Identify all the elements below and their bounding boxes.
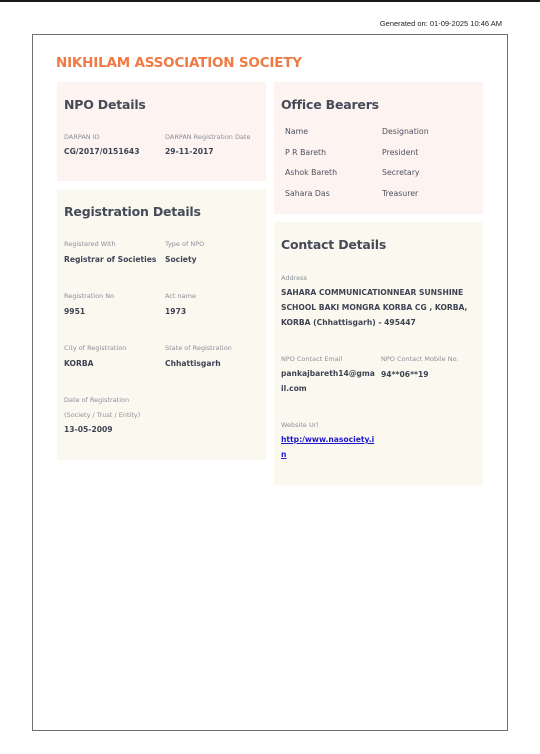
registered-with-value: Registrar of Societies [64, 255, 156, 264]
office-bearers-title: Office Bearers [281, 97, 379, 112]
registered-with-label: Registered With [64, 240, 116, 248]
npo-type-label: Type of NPO [165, 240, 204, 248]
registration-no-label: Registration No [64, 292, 114, 300]
organization-name: NIKHILAM ASSOCIATION SOCIETY [56, 55, 302, 71]
column-header-name: Name [285, 127, 308, 136]
registration-no-value: 9951 [64, 307, 85, 316]
office-bearers-panel: Office Bearers Name Designation P R Bare… [274, 82, 483, 214]
website-link[interactable]: http:/www.nasociety.in [281, 432, 378, 462]
city-label: City of Registration [64, 344, 126, 352]
address-label: Address [281, 274, 307, 282]
npo-details-title: NPO Details [64, 97, 146, 112]
bearer-name: Ashok Bareth [285, 168, 337, 177]
registration-details-title: Registration Details [64, 204, 201, 219]
darpan-date-value: 29-11-2017 [165, 147, 214, 156]
website-label: Website Url [281, 421, 318, 429]
email-value: pankajbareth14@gmail.com [281, 366, 376, 396]
address-value: SAHARA COMMUNICATIONNEAR SUNSHINE SCHOOL… [281, 285, 476, 330]
registration-details-panel: Registration Details Registered With Reg… [57, 189, 266, 460]
state-label: State of Registration [165, 344, 232, 352]
contact-details-title: Contact Details [281, 237, 386, 252]
darpan-date-label: DARPAN Registration Date [165, 133, 251, 141]
npo-details-panel: NPO Details DARPAN ID CG/2017/0151643 DA… [57, 82, 266, 181]
bearer-name: Sahara Das [285, 189, 330, 198]
state-value: Chhattisgarh [165, 359, 221, 368]
act-name-label: Act name [165, 292, 196, 300]
city-value: KORBA [64, 359, 94, 368]
bearer-designation: Secretary [382, 168, 420, 177]
generated-timestamp: Generated on: 01-09-2025 10:46 AM [380, 19, 502, 28]
email-label: NPO Contact Email [281, 355, 342, 363]
bearer-designation: Treasurer [382, 189, 418, 198]
contact-details-panel: Contact Details Address SAHARA COMMUNICA… [274, 222, 483, 485]
top-edge-bar [0, 0, 540, 2]
mobile-label: NPO Contact Mobile No. [381, 355, 459, 363]
mobile-value: 94**06**19 [381, 370, 429, 379]
darpan-id-value: CG/2017/0151643 [64, 147, 139, 156]
darpan-id-label: DARPAN ID [64, 133, 100, 141]
bearer-name: P R Bareth [285, 148, 326, 157]
act-name-value: 1973 [165, 307, 186, 316]
bearer-designation: President [382, 148, 418, 157]
npo-type-value: Society [165, 255, 197, 264]
column-header-designation: Designation [382, 127, 429, 136]
registration-date-label: Date of Registration [64, 396, 129, 404]
registration-date-sublabel: (Society / Trust / Entity) [64, 411, 140, 419]
registration-date-value: 13-05-2009 [64, 425, 113, 434]
